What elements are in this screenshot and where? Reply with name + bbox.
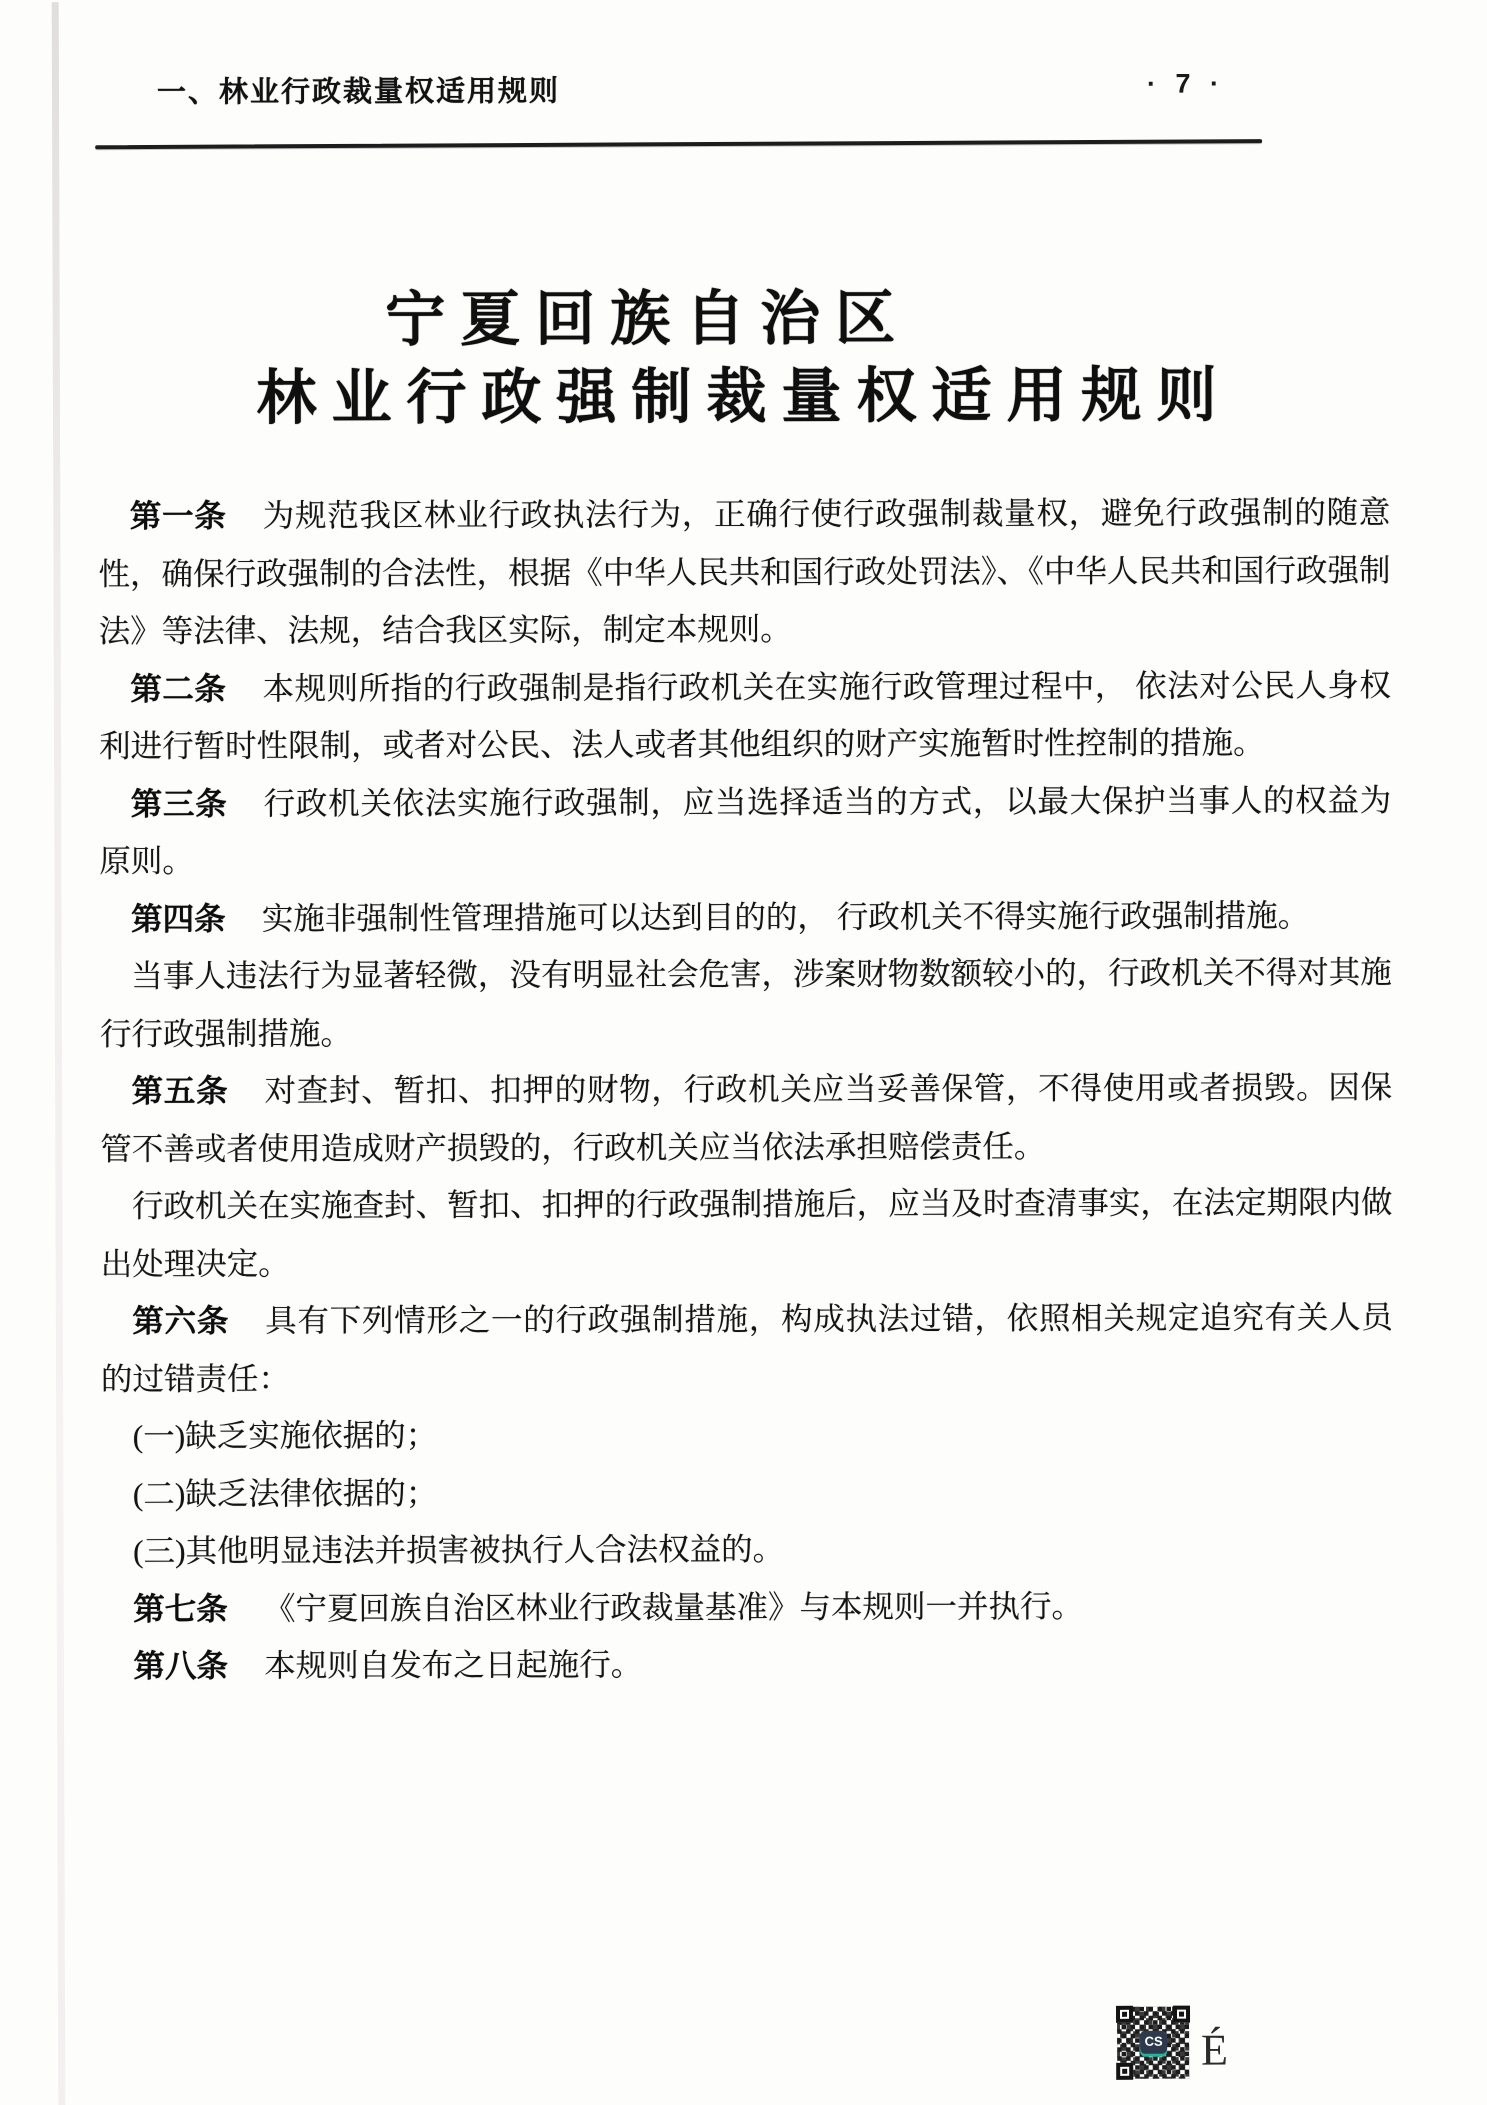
article-label: 第八条 (133, 1648, 228, 1684)
paragraph: 第八条本规则自发布之日起施行。 (102, 1634, 1394, 1696)
paragraph-text: 当事人违法行为显著轻微，没有明显社会危害，涉案财物数额较小的，行政机关不得对其施… (100, 955, 1392, 1052)
article-label: 第七条 (133, 1590, 228, 1626)
article-label: 第六条 (132, 1303, 229, 1339)
paragraph: 第四条实施非强制性管理措施可以达到目的的， 行政机关不得实施行政强制措施。 (99, 886, 1391, 948)
paragraph-text: 行政机关依法实施行政强制，应当选择适当的方式，以最大保护当事人的权益为原则。 (99, 782, 1391, 879)
paragraph: 第一条为规范我区林业行政执法行为，正确行使行政强制裁量权，避免行政强制的随意性，… (98, 484, 1391, 661)
paragraph: 第三条行政机关依法实施行政强制，应当选择适当的方式，以最大保护当事人的权益为原则… (99, 771, 1391, 890)
paragraph-text: 《宁夏回族自治区林业行政裁量基准》与本规则一并执行。 (264, 1588, 1083, 1626)
document-body: 第一条为规范我区林业行政执法行为，正确行使行政强制裁量权，避免行政强制的随意性，… (98, 484, 1394, 1696)
article-label: 第二条 (130, 670, 226, 706)
running-header-title: 一、林业行政裁量权适用规则 (157, 69, 560, 111)
article-label: 第三条 (131, 785, 228, 821)
watermark-letter: É (1201, 2024, 1228, 2075)
paragraph: (三)其他明显违法并损害被执行人合法权益的。 (101, 1519, 1393, 1581)
paragraph-text: 本规则自发布之日起施行。 (264, 1647, 642, 1683)
paragraph: 行政机关在实施查封、暂扣、扣押的行政强制措施后，应当及时查清事实，在法定期限内做… (100, 1174, 1392, 1293)
document-title-line-1: 宁夏回族自治区 (2, 278, 1294, 360)
paragraph: 第二条本规则所指的行政强制是指行政机关在实施行政管理过程中， 依法对公民人身权利… (99, 656, 1391, 775)
paragraph: 第五条对查封、暂扣、扣押的财物，行政机关应当妥善保管，不得使用或者损毁。因保管不… (100, 1059, 1392, 1178)
paragraph-text: 实施非强制性管理措施可以达到目的的， 行政机关不得实施行政强制措施。 (262, 898, 1309, 936)
scanned-page: 一、林业行政裁量权适用规则 · 7 · 宁夏回族自治区 林业行政强制裁量权适用规… (0, 0, 1487, 2105)
paragraph: (二)缺乏法律依据的； (101, 1461, 1393, 1523)
paragraph: (一)缺乏实施依据的； (101, 1404, 1393, 1466)
qr-finder-icon (1116, 2063, 1133, 2080)
article-label: 第一条 (130, 498, 227, 534)
qr-finder-icon (1116, 2006, 1133, 2023)
paragraph-text: (三)其他明显违法并损害被执行人合法权益的。 (133, 1532, 784, 1569)
paragraph: 第六条具有下列情形之一的行政强制措施，构成执法过错，依照相关规定追究有关人员的过… (101, 1289, 1393, 1408)
article-label: 第四条 (131, 900, 226, 936)
camscanner-logo: CS (1140, 2031, 1167, 2054)
document-title: 宁夏回族自治区 林业行政强制裁量权适用规则 (98, 278, 1390, 438)
qr-finder-icon (1173, 2006, 1190, 2023)
paragraph-text: 对查封、暂扣、扣押的财物，行政机关应当妥善保管，不得使用或者损毁。因保管不善或者… (100, 1070, 1392, 1167)
paragraph-text: 具有下列情形之一的行政强制措施，构成执法过错，依照相关规定追究有关人员的过错责任… (101, 1300, 1393, 1397)
header-rule (95, 139, 1262, 149)
article-label: 第五条 (132, 1073, 229, 1109)
paragraph-text: 行政机关在实施查封、暂扣、扣押的行政强制措施后，应当及时查清事实，在法定期限内做… (101, 1185, 1393, 1282)
paragraph-text: (二)缺乏法律依据的； (133, 1475, 438, 1511)
paragraph-text: 为规范我区林业行政执法行为，正确行使行政强制裁量权，避免行政强制的随意性，确保行… (98, 495, 1390, 649)
qr-code-watermark: CS (1117, 2007, 1189, 2079)
paragraph: 第七条《宁夏回族自治区林业行政裁量基准》与本规则一并执行。 (102, 1576, 1394, 1638)
paragraph-text: 本规则所指的行政强制是指行政机关在实施行政管理过程中， 依法对公民人身权利进行暂… (99, 667, 1391, 764)
paragraph: 当事人违法行为显著轻微，没有明显社会危害，涉案财物数额较小的，行政机关不得对其施… (100, 944, 1392, 1063)
paragraph-text: (一)缺乏实施依据的； (133, 1418, 438, 1454)
document-title-line-2: 林业行政强制裁量权适用规则 (98, 356, 1390, 438)
page-number: · 7 · (1147, 68, 1225, 99)
